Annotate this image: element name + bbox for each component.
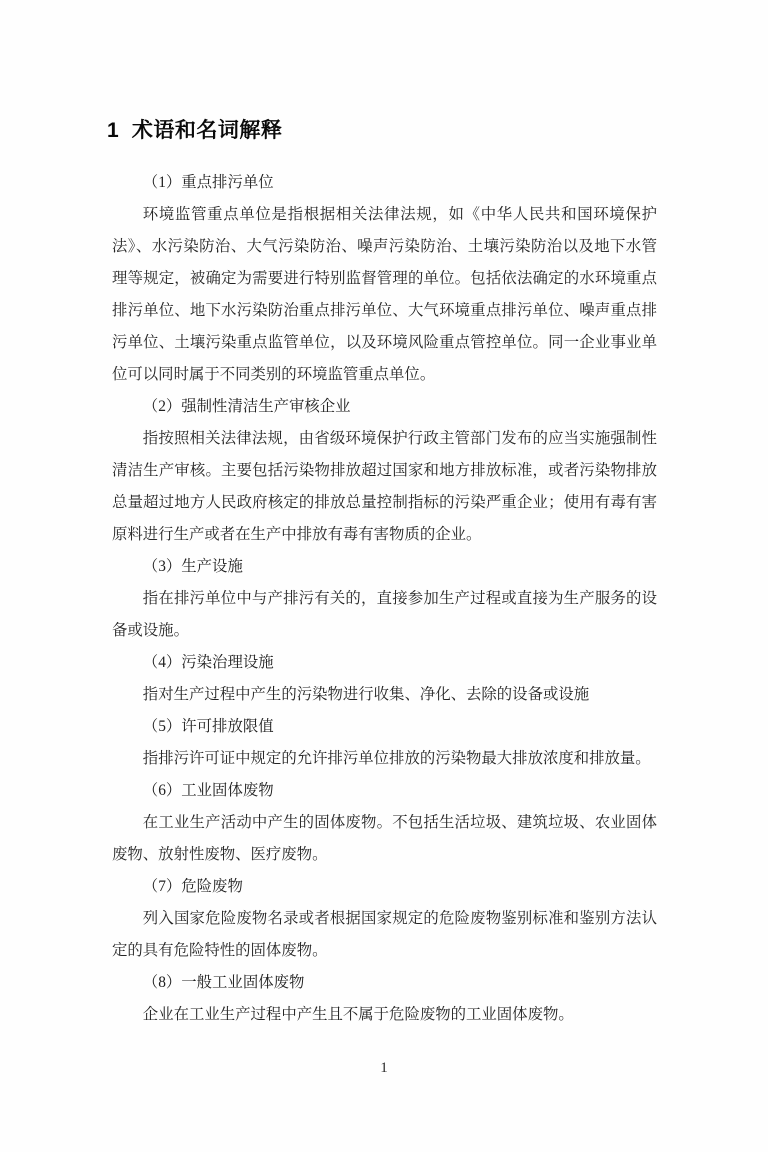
- term-3: （3）生产设施: [112, 551, 657, 583]
- term-6: （6）工业固体废物: [112, 775, 657, 807]
- definition-3: 指在排污单位中与产排污有关的，直接参加生产过程或直接为生产服务的设备或设施。: [112, 583, 657, 647]
- page-title: 1 术语和名词解释: [0, 0, 768, 143]
- term-5: （5）许可排放限值: [112, 711, 657, 743]
- term-4: （4）污染治理设施: [112, 647, 657, 679]
- page-number: 1: [0, 1059, 768, 1077]
- definition-8: 企业在工业生产过程中产生且不属于危险废物的工业固体废物。: [112, 999, 657, 1031]
- document-page: 1 术语和名词解释 （1）重点排污单位 环境监管重点单位是指根据相关法律法规，如…: [0, 0, 768, 1152]
- document-body: （1）重点排污单位 环境监管重点单位是指根据相关法律法规，如《中华人民共和国环境…: [112, 167, 657, 1031]
- definition-1: 环境监管重点单位是指根据相关法律法规，如《中华人民共和国环境保护法》、水污染防治…: [112, 199, 657, 391]
- definition-7: 列入国家危险废物名录或者根据国家规定的危险废物鉴别标准和鉴别方法认定的具有危险特…: [112, 903, 657, 967]
- definition-5: 指排污许可证中规定的允许排污单位排放的污染物最大排放浓度和排放量。: [112, 743, 657, 775]
- definition-4: 指对生产过程中产生的污染物进行收集、净化、去除的设备或设施: [112, 679, 657, 711]
- term-8: （8）一般工业固体废物: [112, 967, 657, 999]
- term-2: （2）强制性清洁生产审核企业: [112, 391, 657, 423]
- term-7: （7）危险废物: [112, 871, 657, 903]
- definition-2: 指按照相关法律法规，由省级环境保护行政主管部门发布的应当实施强制性清洁生产审核。…: [112, 423, 657, 551]
- term-1: （1）重点排污单位: [112, 167, 657, 199]
- definition-6: 在工业生产活动中产生的固体废物。不包括生活垃圾、建筑垃圾、农业固体废物、放射性废…: [112, 807, 657, 871]
